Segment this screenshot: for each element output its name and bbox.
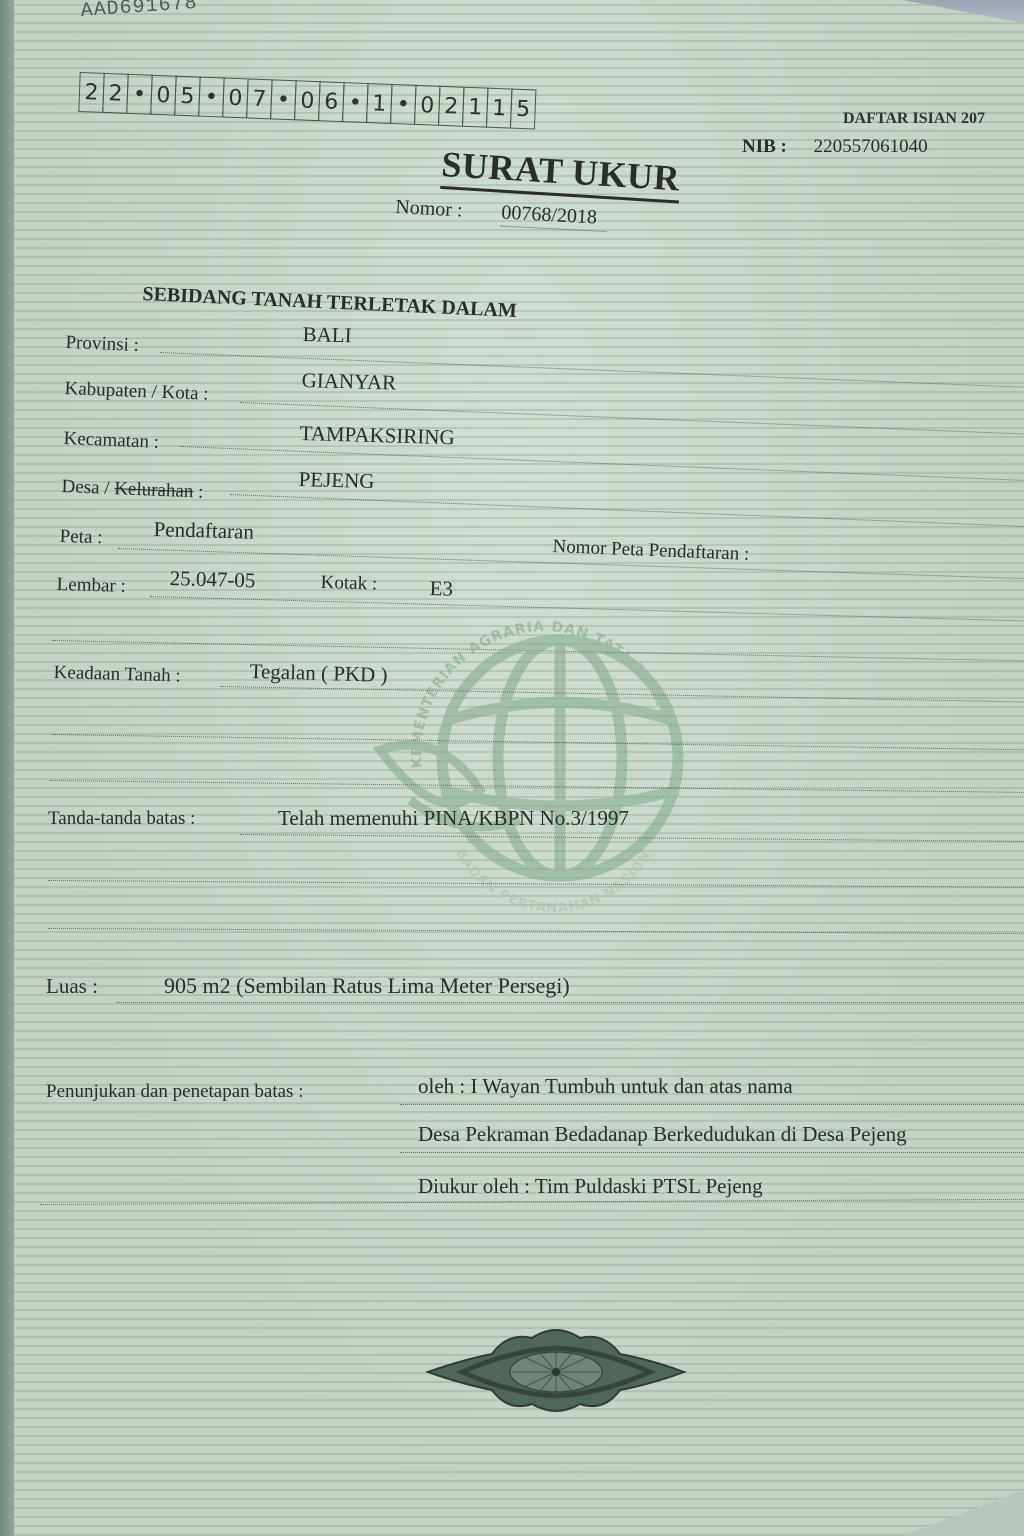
form-label: DAFTAR ISIAN 207 bbox=[843, 110, 985, 128]
boundary-line-3: Diukur oleh : Tim Puldaski PTSL Pejeng bbox=[418, 1174, 763, 1199]
kabupaten-label: Kabupaten / Kota : bbox=[64, 378, 209, 405]
keadaan-value-text: Tegalan ( PKD ) bbox=[249, 659, 388, 687]
field-kecamatan: Kecamatan : bbox=[63, 428, 159, 454]
kabupaten-value: GIANYAR bbox=[301, 368, 396, 396]
code-box: 6 bbox=[318, 81, 345, 122]
provinsi-label: Provinsi : bbox=[65, 332, 139, 356]
keadaan-label: Keadaan Tanah : bbox=[53, 662, 181, 687]
provinsi-value: BALI bbox=[302, 322, 352, 348]
nib-row: NIB : 220557061040 bbox=[742, 136, 928, 158]
code-box: • bbox=[270, 79, 297, 120]
nomor-label: Nomor : bbox=[395, 196, 463, 221]
boundary-line-1: oleh : I Wayan Tumbuh untuk dan atas nam… bbox=[418, 1074, 793, 1099]
peta-value: Pendaftaran bbox=[153, 517, 254, 545]
code-box: 1 bbox=[462, 87, 489, 128]
code-box: 0 bbox=[294, 80, 321, 121]
code-box: 0 bbox=[414, 85, 441, 126]
desa-label-colon: : bbox=[193, 481, 204, 502]
field-lembar: Lembar : bbox=[56, 574, 126, 598]
kabupaten-value-text: GIANYAR bbox=[301, 368, 396, 395]
code-box: 7 bbox=[246, 78, 273, 119]
kelurahan-struck-label: Kelurahan bbox=[114, 478, 194, 502]
provinsi-value-text: BALI bbox=[302, 322, 352, 347]
nib-value: 220557061040 bbox=[814, 136, 928, 157]
field-luas: Luas : bbox=[46, 974, 98, 999]
code-box: 2 bbox=[78, 72, 105, 113]
boundary-line-2-text: Desa Pekraman Bedadanap Berkedudukan di … bbox=[418, 1122, 907, 1146]
luas-value: 905 m2 (Sembilan Ratus Lima Meter Perseg… bbox=[164, 973, 570, 999]
batas-value-text: Telah memenuhi PINA/KBPN No.3/1997 bbox=[278, 806, 629, 830]
kecamatan-value-text: TAMPAKSIRING bbox=[299, 421, 455, 449]
guilloche-seal-icon bbox=[422, 1320, 690, 1420]
batas-value: Telah memenuhi PINA/KBPN No.3/1997 bbox=[278, 806, 629, 831]
field-keadaan: Keadaan Tanah : bbox=[53, 662, 181, 688]
peta-label: Peta : bbox=[59, 526, 102, 548]
kecamatan-label: Kecamatan : bbox=[63, 428, 159, 453]
dotted-line bbox=[400, 1152, 1024, 1153]
boundary-line-3-text: Diukur oleh : Tim Puldaski PTSL Pejeng bbox=[418, 1174, 763, 1198]
code-box: 1 bbox=[366, 83, 393, 124]
luas-value-text: 905 m2 (Sembilan Ratus Lima Meter Perseg… bbox=[164, 973, 570, 998]
boundary-line-2: Desa Pekraman Bedadanap Berkedudukan di … bbox=[418, 1122, 907, 1147]
kotak-label: Kotak : bbox=[320, 572, 377, 595]
keadaan-value: Tegalan ( PKD ) bbox=[249, 659, 388, 688]
code-box: 5 bbox=[510, 89, 537, 130]
kecamatan-value: TAMPAKSIRING bbox=[299, 421, 455, 450]
lembar-label: Lembar : bbox=[56, 574, 126, 597]
code-box: • bbox=[198, 77, 225, 118]
luas-label: Luas : bbox=[46, 974, 98, 998]
field-kotak: Kotak : bbox=[320, 572, 377, 596]
desa-label: Desa / bbox=[61, 476, 115, 499]
boundary-line-1-text: oleh : I Wayan Tumbuh untuk dan atas nam… bbox=[418, 1074, 793, 1098]
code-box: • bbox=[390, 84, 417, 125]
field-provinsi: Provinsi : bbox=[65, 332, 139, 357]
dotted-line bbox=[116, 1002, 1024, 1003]
field-penunjukan: Penunjukan dan penetapan batas : bbox=[46, 1081, 303, 1103]
code-box: 2 bbox=[102, 73, 129, 114]
code-box: • bbox=[342, 82, 369, 123]
dotted-line bbox=[400, 1104, 1024, 1105]
batas-label: Tanda-tanda batas : bbox=[48, 808, 195, 829]
lembar-value-text: 25.047-05 bbox=[169, 566, 255, 592]
nib-label: NIB : bbox=[742, 136, 787, 157]
code-box: 0 bbox=[222, 78, 249, 119]
page-binding-edge bbox=[0, 0, 14, 1536]
code-box: 2 bbox=[438, 86, 465, 127]
globe-leaf-emblem-icon: KEMENTERIAN AGRARIA DAN TATA RUANG BADAN… bbox=[370, 590, 710, 930]
field-peta: Peta : bbox=[59, 526, 102, 549]
code-box: 0 bbox=[150, 75, 177, 116]
field-batas: Tanda-tanda batas : bbox=[48, 808, 195, 830]
code-box: 1 bbox=[486, 88, 513, 129]
code-box: 5 bbox=[174, 76, 201, 117]
desa-value: PEJENG bbox=[298, 467, 375, 494]
peta-value-text: Pendaftaran bbox=[153, 517, 254, 544]
lembar-value: 25.047-05 bbox=[169, 566, 255, 593]
desa-value-text: PEJENG bbox=[298, 467, 374, 493]
code-box: • bbox=[126, 74, 153, 115]
penunjukan-label: Penunjukan dan penetapan batas : bbox=[46, 1081, 303, 1102]
